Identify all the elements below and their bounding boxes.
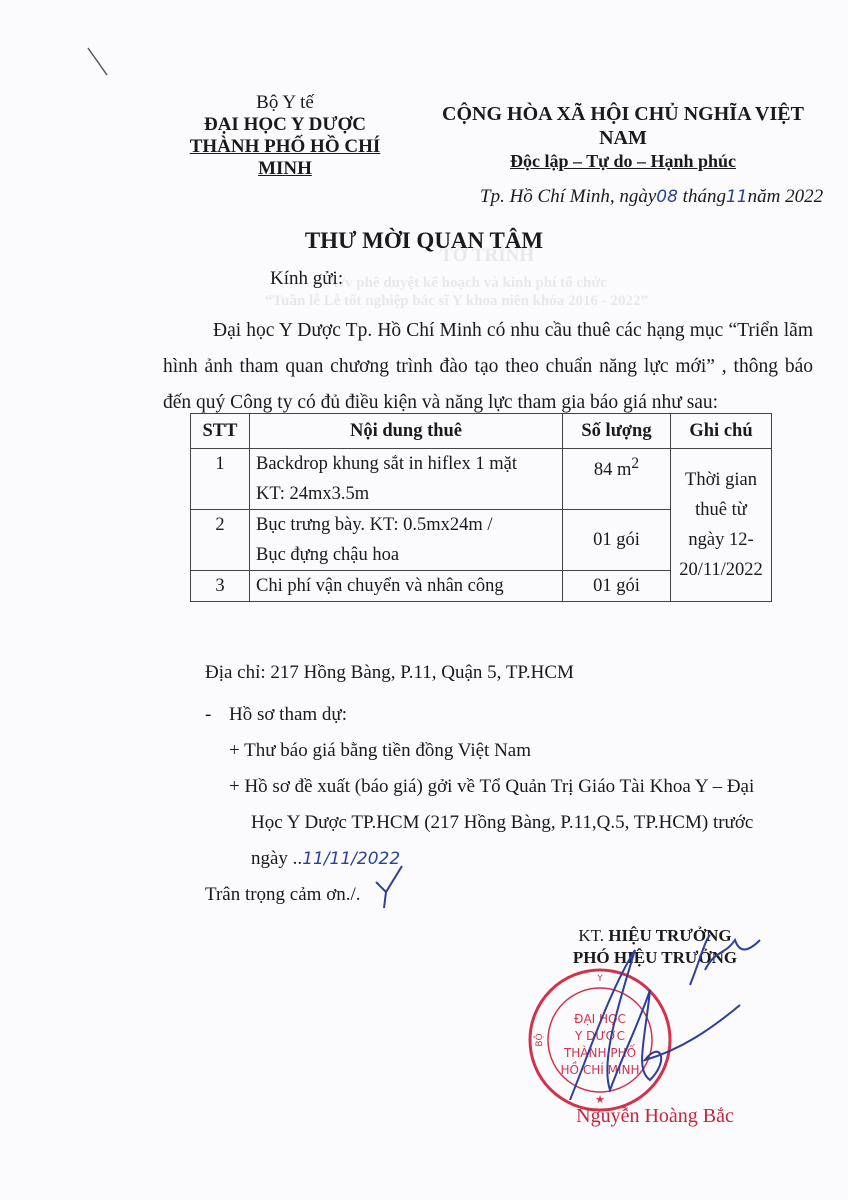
country-name: CỘNG HÒA XÃ HỘI CHỦ NGHĨA VIỆT NAM (418, 102, 828, 150)
table-row: 1 Backdrop khung sắt in hiflex 1 mặt KT:… (191, 449, 772, 510)
document-item: + Thư báo giá bằng tiền đồng Việt Nam (205, 733, 754, 769)
date-line: Tp. Hồ Chí Minh, ngày08 tháng11năm 2022 (480, 186, 823, 208)
col-header-quantity: Số lượng (563, 414, 671, 449)
documents-heading: Hồ sơ tham dự: (229, 704, 347, 725)
intro-paragraph: Đại học Y Dược Tp. Hồ Chí Minh có nhu cầ… (163, 313, 813, 421)
handwritten-month: 11 (726, 187, 748, 207)
national-header: CỘNG HÒA XÃ HỘI CHỦ NGHĨA VIỆT NAM Độc l… (418, 102, 828, 172)
document-title: THƯ MỜI QUAN TÂM (0, 228, 848, 254)
col-header-stt: STT (191, 414, 250, 449)
rental-items-table: STT Nội dung thuê Số lượng Ghi chú 1 Bac… (190, 413, 772, 602)
university-city: THÀNH PHỐ HỒ CHÍ MINH (170, 136, 400, 180)
address: Địa chỉ: 217 Hồng Bàng, P.11, Quận 5, TP… (205, 662, 574, 684)
handwritten-signature (540, 930, 770, 1110)
pen-mark (85, 45, 115, 85)
submission-documents: -Hồ sơ tham dự: + Thư báo giá bằng tiền … (205, 697, 754, 913)
closing: Trân trọng cảm ơn./. (205, 877, 754, 913)
handwritten-day: 08 (656, 187, 678, 207)
signer-name: Nguyễn Hoàng Bắc (560, 1105, 750, 1128)
col-header-content: Nội dung thuê (250, 414, 563, 449)
greeting: Kính gửi: (270, 268, 343, 290)
note-cell: Thời gian thuê từ ngày 12-20/11/2022 (671, 449, 772, 602)
bleed-through-line1: V/v phê duyệt kế hoạch và kinh phí tổ ch… (330, 275, 607, 292)
university-name: ĐẠI HỌC Y DƯỢC (170, 114, 400, 136)
deadline: ngày ..11/11/2022 (205, 841, 754, 877)
initials-mark (372, 862, 412, 912)
national-motto: Độc lập – Tự do – Hạnh phúc (418, 150, 828, 172)
document-item: + Hồ sơ đề xuất (báo giá) gởi về Tổ Quản… (205, 769, 754, 805)
table-header-row: STT Nội dung thuê Số lượng Ghi chú (191, 414, 772, 449)
issuer-header: Bộ Y tế ĐẠI HỌC Y DƯỢC THÀNH PHỐ HỒ CHÍ … (170, 92, 400, 180)
ministry-name: Bộ Y tế (170, 92, 400, 114)
col-header-note: Ghi chú (671, 414, 772, 449)
bleed-through-line2: “Tuần lễ Lễ tốt nghiệp bác sĩ Y khoa niê… (265, 293, 648, 310)
